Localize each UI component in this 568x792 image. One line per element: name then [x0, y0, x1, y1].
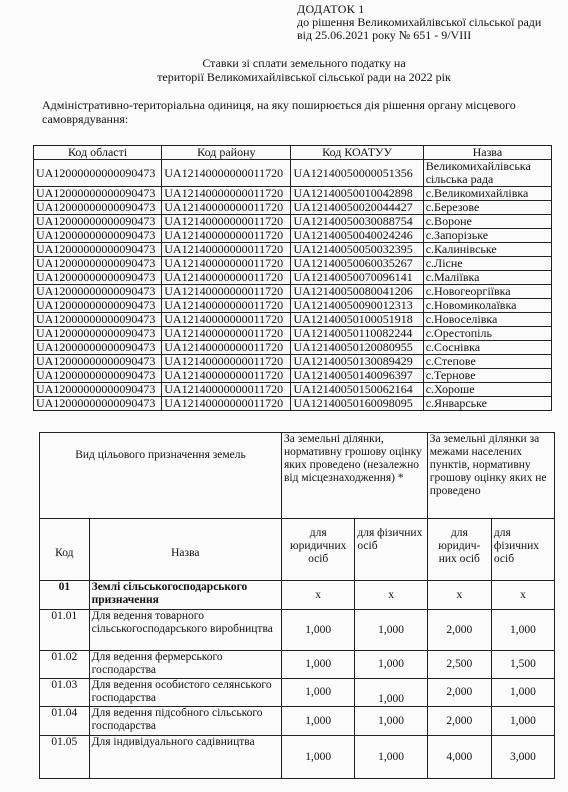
- unit-name: с.Орестопіль: [423, 327, 551, 341]
- table-row: 01.03Для ведення особистого селянського …: [40, 679, 555, 707]
- rate-assessed-physical: 1,000: [355, 707, 427, 736]
- rate-not-assessed-physical: х: [491, 581, 554, 610]
- region-code: UA12000000000090473: [34, 243, 162, 257]
- title-line-2: території Великомихайлівської сільської …: [40, 70, 568, 84]
- table-row: UA12000000000090473UA12140000000011720UA…: [34, 397, 552, 411]
- district-code: UA12140000000011720: [162, 341, 291, 355]
- rate-assessed-physical: 1,000: [355, 651, 427, 679]
- document-title: Ставки зі сплати земельного податку на т…: [0, 56, 568, 84]
- table-row: UA12000000000090473UA12140000000011720UA…: [34, 187, 552, 201]
- region-code: UA12000000000090473: [34, 229, 162, 243]
- intro-text: Адміністративно-територіальна одиниця, н…: [42, 98, 552, 126]
- koatuu-code: UA12140050040024246: [291, 229, 423, 243]
- region-code: UA12000000000090473: [34, 201, 162, 215]
- rate-not-assessed-physical: 1,000: [491, 679, 554, 707]
- header-assessed-legal: для юридичних осіб: [281, 519, 354, 581]
- header-group-not-assessed: За земельні ділянки за межами населених …: [427, 433, 554, 519]
- table-row: UA12000000000090473UA12140000000011720UA…: [34, 383, 552, 397]
- unit-name: с.Новоселівка: [423, 313, 551, 327]
- region-code: UA12000000000090473: [34, 397, 162, 411]
- rate-not-assessed-legal: 4,000: [427, 736, 491, 779]
- region-code: UA12000000000090473: [34, 327, 162, 341]
- koatuu-code: UA12140050070096141: [291, 271, 423, 285]
- district-code: UA12140000000011720: [162, 355, 291, 369]
- district-code: UA12140000000011720: [162, 160, 291, 187]
- table-row: UA12000000000090473UA12140000000011720UA…: [34, 355, 552, 369]
- rate-code: 01.02: [40, 651, 90, 679]
- rate-assessed-legal: 1,000: [281, 679, 354, 707]
- rate-assessed-legal: х: [281, 581, 354, 610]
- table-row: UA12000000000090473UA12140000000011720UA…: [34, 201, 552, 215]
- table-row: UA12000000000090473UA12140000000011720UA…: [34, 285, 552, 299]
- rate-not-assessed-physical: 1,000: [491, 610, 554, 651]
- rate-assessed-legal: 1,000: [281, 736, 354, 779]
- koatuu-code: UA12140050060035267: [291, 257, 423, 271]
- rate-name: Для ведення фермерського господарства: [89, 651, 281, 679]
- header-assessed-physical: для фізичних осіб: [355, 519, 427, 581]
- unit-name: Великомихайлівська сільська рада: [423, 160, 551, 187]
- unit-name: с.Калинівське: [423, 243, 551, 257]
- koatuu-code: UA12140050100051918: [291, 313, 423, 327]
- rate-name: Для ведення товарного сільськогосподарсь…: [89, 610, 281, 651]
- rate-code: 01: [40, 581, 90, 610]
- district-code: UA12140000000011720: [162, 397, 291, 411]
- unit-name: с.Новогеоргіївка: [423, 285, 551, 299]
- district-code: UA12140000000011720: [162, 369, 291, 383]
- region-code: UA12000000000090473: [34, 313, 162, 327]
- rate-name: Для індивідуального садівництва: [89, 736, 281, 779]
- region-code: UA12000000000090473: [34, 383, 162, 397]
- table-row: 01.01Для ведення товарного сільськогоспо…: [40, 610, 555, 651]
- rate-not-assessed-physical: 1,000: [491, 707, 554, 736]
- table-row: UA12000000000090473UA12140000000011720UA…: [34, 215, 552, 229]
- unit-name: с.Великомихайлівка: [423, 187, 551, 201]
- unit-name: с.Лісне: [423, 257, 551, 271]
- rate-name: Для ведення особистого селянського госпо…: [89, 679, 281, 707]
- rate-code: 01.03: [40, 679, 90, 707]
- region-code: UA12000000000090473: [34, 369, 162, 383]
- koatuu-code: UA12140050130089429: [291, 355, 423, 369]
- koatuu-code: UA12140050090012313: [291, 299, 423, 313]
- units-table: Код області Код району Код КОАТУУ Назва …: [33, 145, 552, 411]
- rate-not-assessed-physical: 3,000: [491, 736, 554, 779]
- header-name: Назва: [89, 519, 281, 581]
- unit-name: с.Январське: [423, 397, 551, 411]
- table-row: 01Землі сільськогосподарського призначен…: [40, 581, 555, 610]
- district-code: UA12140000000011720: [162, 215, 291, 229]
- koatuu-code: UA12140050020044427: [291, 201, 423, 215]
- district-code: UA12140000000011720: [162, 243, 291, 257]
- rates-table: Вид цільового призначення земель За земе…: [39, 432, 555, 779]
- table-row: 01.05Для індивідуального садівництва1,00…: [40, 736, 555, 779]
- rate-not-assessed-legal: 2,000: [427, 610, 491, 651]
- region-code: UA12000000000090473: [34, 257, 162, 271]
- rate-assessed-physical: 1,000: [355, 679, 427, 707]
- district-code: UA12140000000011720: [162, 299, 291, 313]
- unit-name: с.Тернове: [423, 369, 551, 383]
- district-code: UA12140000000011720: [162, 327, 291, 341]
- rate-assessed-legal: 1,000: [281, 707, 354, 736]
- district-code: UA12140000000011720: [162, 271, 291, 285]
- unit-name: с.Хороше: [423, 383, 551, 397]
- district-code: UA12140000000011720: [162, 257, 291, 271]
- rate-name: Землі сільськогосподарського призначення: [89, 581, 281, 610]
- rate-assessed-legal: 1,000: [281, 610, 354, 651]
- header-group-assessed: За земельні ділянки, нормативну грошову …: [281, 433, 427, 519]
- region-code: UA12000000000090473: [34, 215, 162, 229]
- table-row: UA12000000000090473UA12140000000011720UA…: [34, 299, 552, 313]
- table-row: UA12000000000090473UA12140000000011720UA…: [34, 271, 552, 285]
- koatuu-code: UA12140050010042898: [291, 187, 423, 201]
- table-row: UA12000000000090473UA12140000000011720UA…: [34, 369, 552, 383]
- col-header-region-code: Код області: [34, 146, 162, 160]
- koatuu-code: UA12140050110082244: [291, 327, 423, 341]
- rate-assessed-physical: х: [355, 581, 427, 610]
- koatuu-code: UA12140050080041206: [291, 285, 423, 299]
- rate-code: 01.04: [40, 707, 90, 736]
- unit-name: с.Маліївка: [423, 271, 551, 285]
- header-not-assessed-legal: для юридич-них осіб: [427, 519, 491, 581]
- title-line-1: Ставки зі сплати земельного податку на: [40, 56, 568, 70]
- table-row: 01.02Для ведення фермерського господарст…: [40, 651, 555, 679]
- rate-not-assessed-legal: х: [427, 581, 491, 610]
- rate-not-assessed-legal: 2,500: [427, 651, 491, 679]
- koatuu-code: UA12140050140096397: [291, 369, 423, 383]
- koatuu-code: UA12140050160098095: [291, 397, 423, 411]
- annex-header: ДОДАТОК 1 до рішення Великомихайлівської…: [297, 3, 541, 42]
- rate-not-assessed-legal: 2,000: [427, 679, 491, 707]
- table-row: UA12000000000090473UA12140000000011720UA…: [34, 243, 552, 257]
- table-row: UA12000000000090473UA12140000000011720UA…: [34, 229, 552, 243]
- rate-not-assessed-legal: 2,000: [427, 707, 491, 736]
- rate-code: 01.05: [40, 736, 90, 779]
- district-code: UA12140000000011720: [162, 229, 291, 243]
- koatuu-code: UA12140050030088754: [291, 215, 423, 229]
- unit-name: с.Вороне: [423, 215, 551, 229]
- unit-name: с.Степове: [423, 355, 551, 369]
- table-row: UA12000000000090473UA12140000000011720UA…: [34, 313, 552, 327]
- col-header-district-code: Код району: [162, 146, 291, 160]
- region-code: UA12000000000090473: [34, 355, 162, 369]
- table-row: UA12000000000090473UA12140000000011720UA…: [34, 257, 552, 271]
- table-row: UA12000000000090473UA12140000000011720UA…: [34, 341, 552, 355]
- rate-assessed-physical: 1,000: [355, 736, 427, 779]
- koatuu-code: UA12140050050032395: [291, 243, 423, 257]
- col-header-name: Назва: [423, 146, 551, 160]
- region-code: UA12000000000090473: [34, 160, 162, 187]
- header-code: Код: [40, 519, 90, 581]
- district-code: UA12140000000011720: [162, 285, 291, 299]
- district-code: UA12140000000011720: [162, 187, 291, 201]
- table-row: UA12000000000090473UA12140000000011720UA…: [34, 327, 552, 341]
- table-row: 01.04Для ведення підсобного сільського г…: [40, 707, 555, 736]
- rate-assessed-physical: 1,000: [355, 610, 427, 651]
- unit-name: с.Запорізьке: [423, 229, 551, 243]
- col-header-koatuu: Код КОАТУУ: [291, 146, 423, 160]
- annex-date: від 25.06.2021 року № 651 - 9/VIII: [297, 29, 541, 42]
- rate-not-assessed-physical: 1,500: [491, 651, 554, 679]
- koatuu-code: UA12140050120080955: [291, 341, 423, 355]
- koatuu-code: UA12140050150062164: [291, 383, 423, 397]
- header-not-assessed-physical: для фізичних осіб: [491, 519, 554, 581]
- region-code: UA12000000000090473: [34, 341, 162, 355]
- rate-code: 01.01: [40, 610, 90, 651]
- district-code: UA12140000000011720: [162, 313, 291, 327]
- region-code: UA12000000000090473: [34, 299, 162, 313]
- rate-name: Для ведення підсобного сільського господ…: [89, 707, 281, 736]
- region-code: UA12000000000090473: [34, 187, 162, 201]
- unit-name: с.Соснівка: [423, 341, 551, 355]
- unit-name: с.Новомиколаївка: [423, 299, 551, 313]
- region-code: UA12000000000090473: [34, 271, 162, 285]
- header-land-type: Вид цільового призначення земель: [40, 433, 282, 519]
- region-code: UA12000000000090473: [34, 285, 162, 299]
- district-code: UA12140000000011720: [162, 383, 291, 397]
- table-row: UA12000000000090473UA12140000000011720UA…: [34, 160, 552, 187]
- rate-assessed-legal: 1,000: [281, 651, 354, 679]
- unit-name: с.Березове: [423, 201, 551, 215]
- district-code: UA12140000000011720: [162, 201, 291, 215]
- koatuu-code: UA12140050000051356: [291, 160, 423, 187]
